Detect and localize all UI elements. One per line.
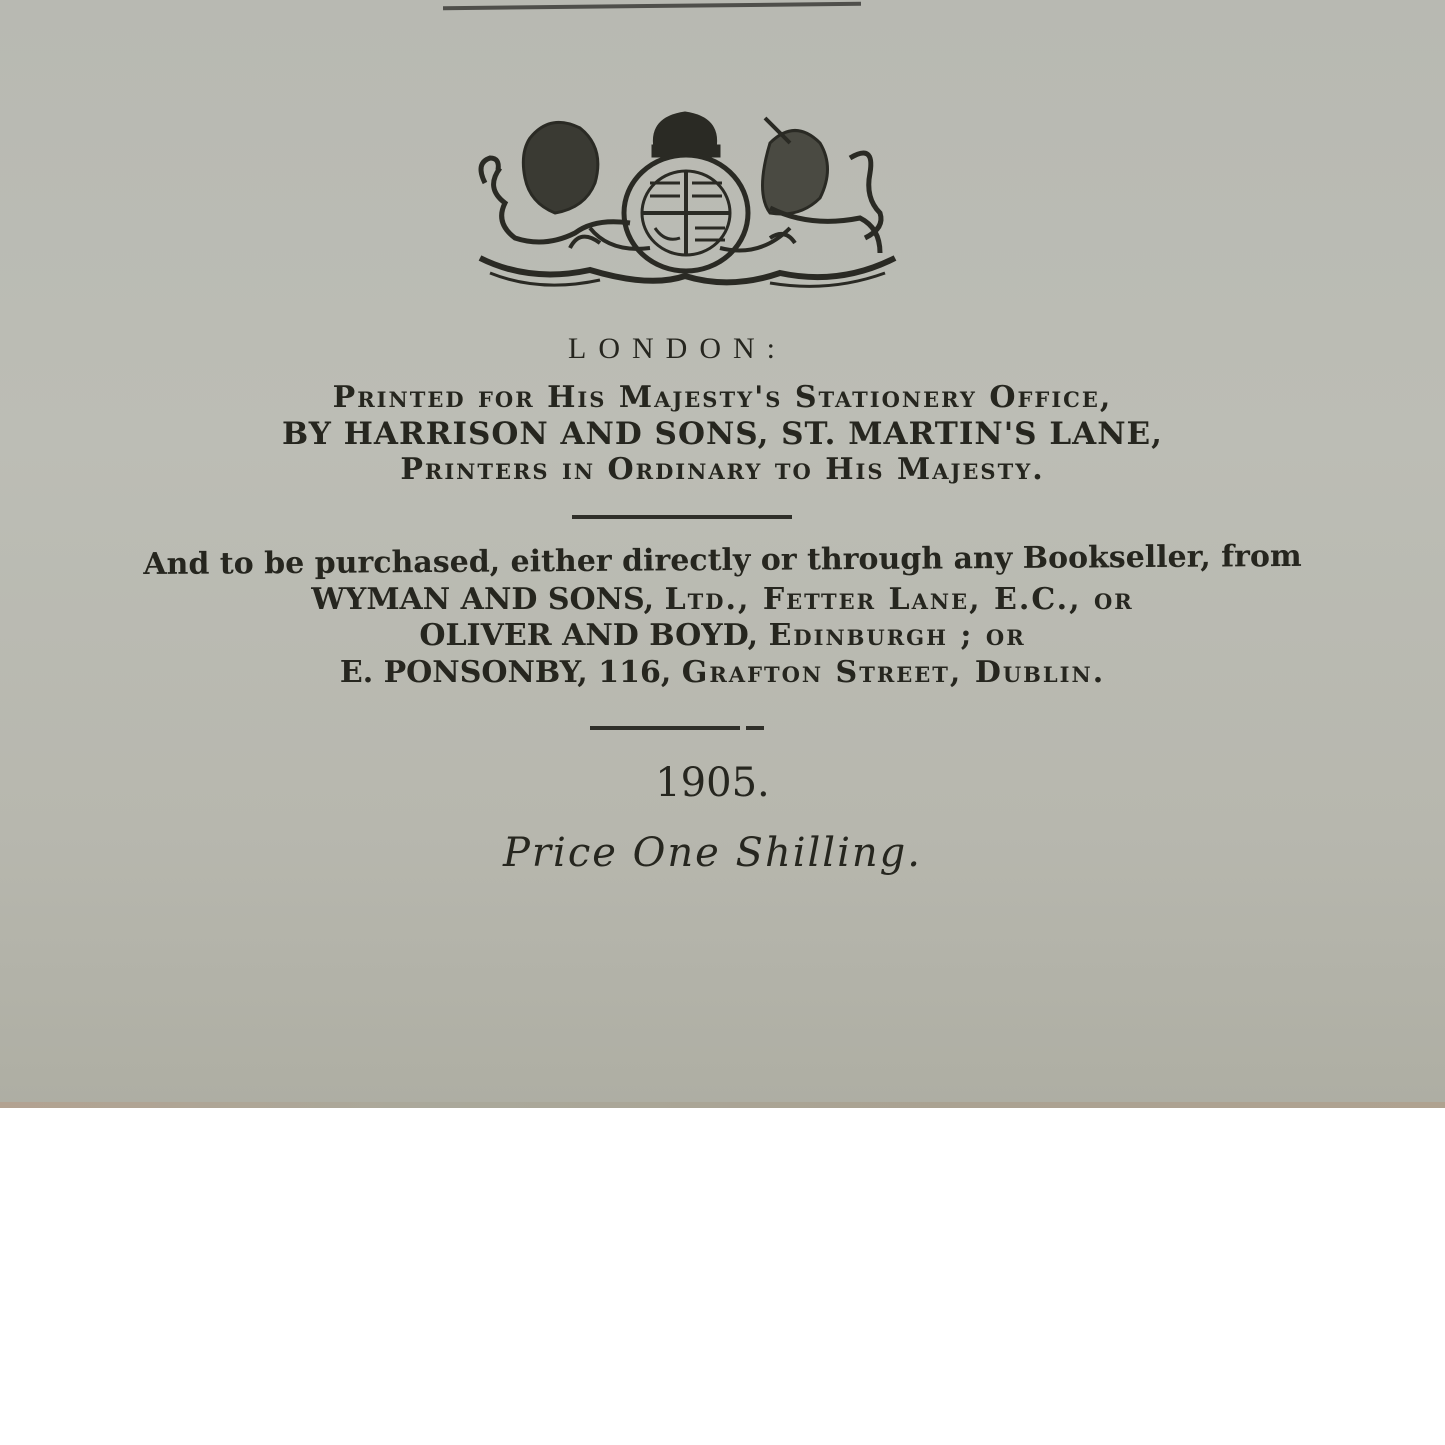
imprint-line-3: Printers in Ordinary to His Majesty. [0,452,1445,487]
top-divider [443,2,861,10]
seller-2-name: OLIVER AND BOYD, [419,618,758,653]
publication-year: 1905. [0,760,1435,806]
seller-1: WYMAN AND SONS, Ltd., Fetter Lane, E.C.,… [0,582,1445,617]
seller-3-address: Grafton Street, Dublin. [682,655,1105,690]
seller-3: E. PONSONBY, 116, Grafton Street, Dublin… [0,655,1445,690]
royal-coat-of-arms-icon [470,108,902,294]
divider-2 [590,726,740,730]
imprint-line-2: BY HARRISON AND SONS, ST. MARTIN'S LANE, [0,416,1445,452]
sellers-intro: And to be purchased, either directly or … [0,538,1445,583]
imprint-city-text: LONDON: [568,332,787,366]
divider-1 [572,515,792,519]
seller-1-name: WYMAN AND SONS, [311,582,654,617]
divider-2-tail [746,726,764,730]
seller-3-name: E. PONSONBY, 116, [340,655,671,690]
seller-1-address: Ltd., Fetter Lane, E.C., or [665,582,1134,617]
title-page: LONDON: Printed for His Majesty's Statio… [0,0,1445,1108]
seller-2: OLIVER AND BOYD, Edinburgh ; or [0,618,1445,653]
imprint-line-1: Printed for His Majesty's Stationery Off… [0,380,1445,415]
price: Price One Shilling. [0,830,1435,876]
seller-2-address: Edinburgh ; or [769,618,1026,653]
